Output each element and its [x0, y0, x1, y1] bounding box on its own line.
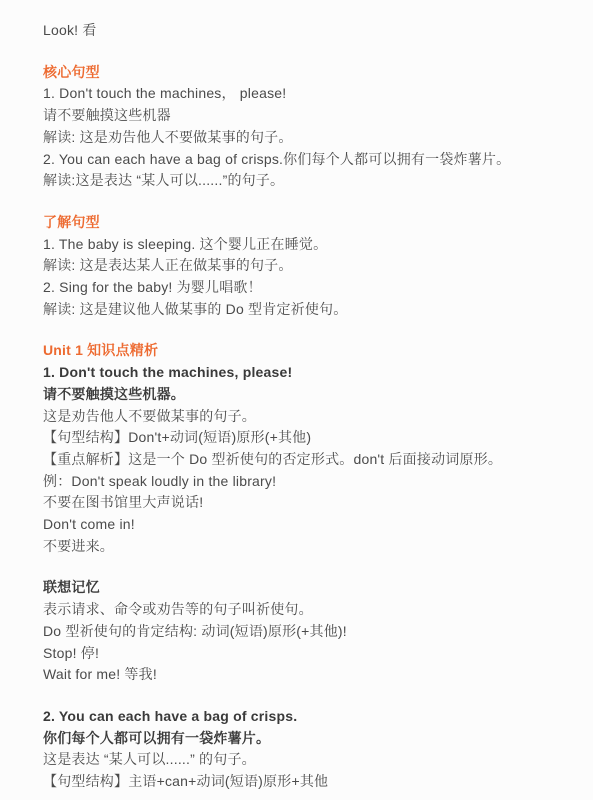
text-line: Don't come in! — [43, 514, 553, 536]
text-line: 联想记忆 — [43, 577, 553, 599]
text-line: Wait for me! 等我! — [43, 664, 553, 686]
text-line: 表示请求、命令或劝告等的句子叫祈使句。 — [43, 599, 553, 621]
text-line: Stop! 停! — [43, 643, 553, 665]
text-line: 2. Sing for the baby! 为婴儿唱歌！ — [43, 277, 553, 299]
text-line: 解读: 这是建议他人做某事的 Do 型肯定祈使句。 — [43, 299, 553, 321]
text-line: Look! 看 — [43, 20, 553, 42]
text-line: 1. Don't touch the machines, please! — [43, 362, 553, 384]
text-line: 解读:这是表达 “某人可以......”的句子。 — [43, 170, 553, 192]
section-heading: Unit 1 知识点精析 — [43, 340, 553, 362]
text-line: 【句型结构】主语+can+动词(短语)原形+其他 — [43, 771, 553, 793]
text-line: 2. You can each have a bag of crisps.你们每… — [43, 149, 553, 171]
text-line: 你们每个人都可以拥有一袋炸薯片。 — [43, 728, 553, 750]
text-line: Do 型祈使句的肯定结构: 动词(短语)原形(+其他)! — [43, 621, 553, 643]
text-line: 不要在图书馆里大声说话! — [43, 492, 553, 514]
text-line: 解读: 这是表达某人正在做某事的句子。 — [43, 255, 553, 277]
section-heading: 核心句型 — [43, 62, 553, 84]
text-line: 1. The baby is sleeping. 这个婴儿正在睡觉。 — [43, 234, 553, 256]
text-line: 2. You can each have a bag of crisps. — [43, 706, 553, 728]
text-line: 不要进来。 — [43, 536, 553, 558]
text-line: 请不要触摸这些机器。 — [43, 384, 553, 406]
text-line: 解读: 这是劝告他人不要做某事的句子。 — [43, 127, 553, 149]
text-line: 请不要触摸这些机器 — [43, 105, 553, 127]
text-line: 1. Don't touch the machines， please! — [43, 83, 553, 105]
text-line: 【重点解析】这是一个 Do 型祈使句的否定形式。don't 后面接动词原形。 — [43, 449, 553, 471]
text-line: 例：Don't speak loudly in the library! — [43, 471, 553, 493]
section-heading: 了解句型 — [43, 212, 553, 234]
text-line: 【句型结构】Don't+动词(短语)原形(+其他) — [43, 427, 553, 449]
document-page: Look! 看核心句型1. Don't touch the machines， … — [0, 0, 593, 800]
text-line: 这是劝告他人不要做某事的句子。 — [43, 406, 553, 428]
document-content: Look! 看核心句型1. Don't touch the machines， … — [0, 0, 593, 793]
text-line: 这是表达 “某人可以......” 的句子。 — [43, 749, 553, 771]
